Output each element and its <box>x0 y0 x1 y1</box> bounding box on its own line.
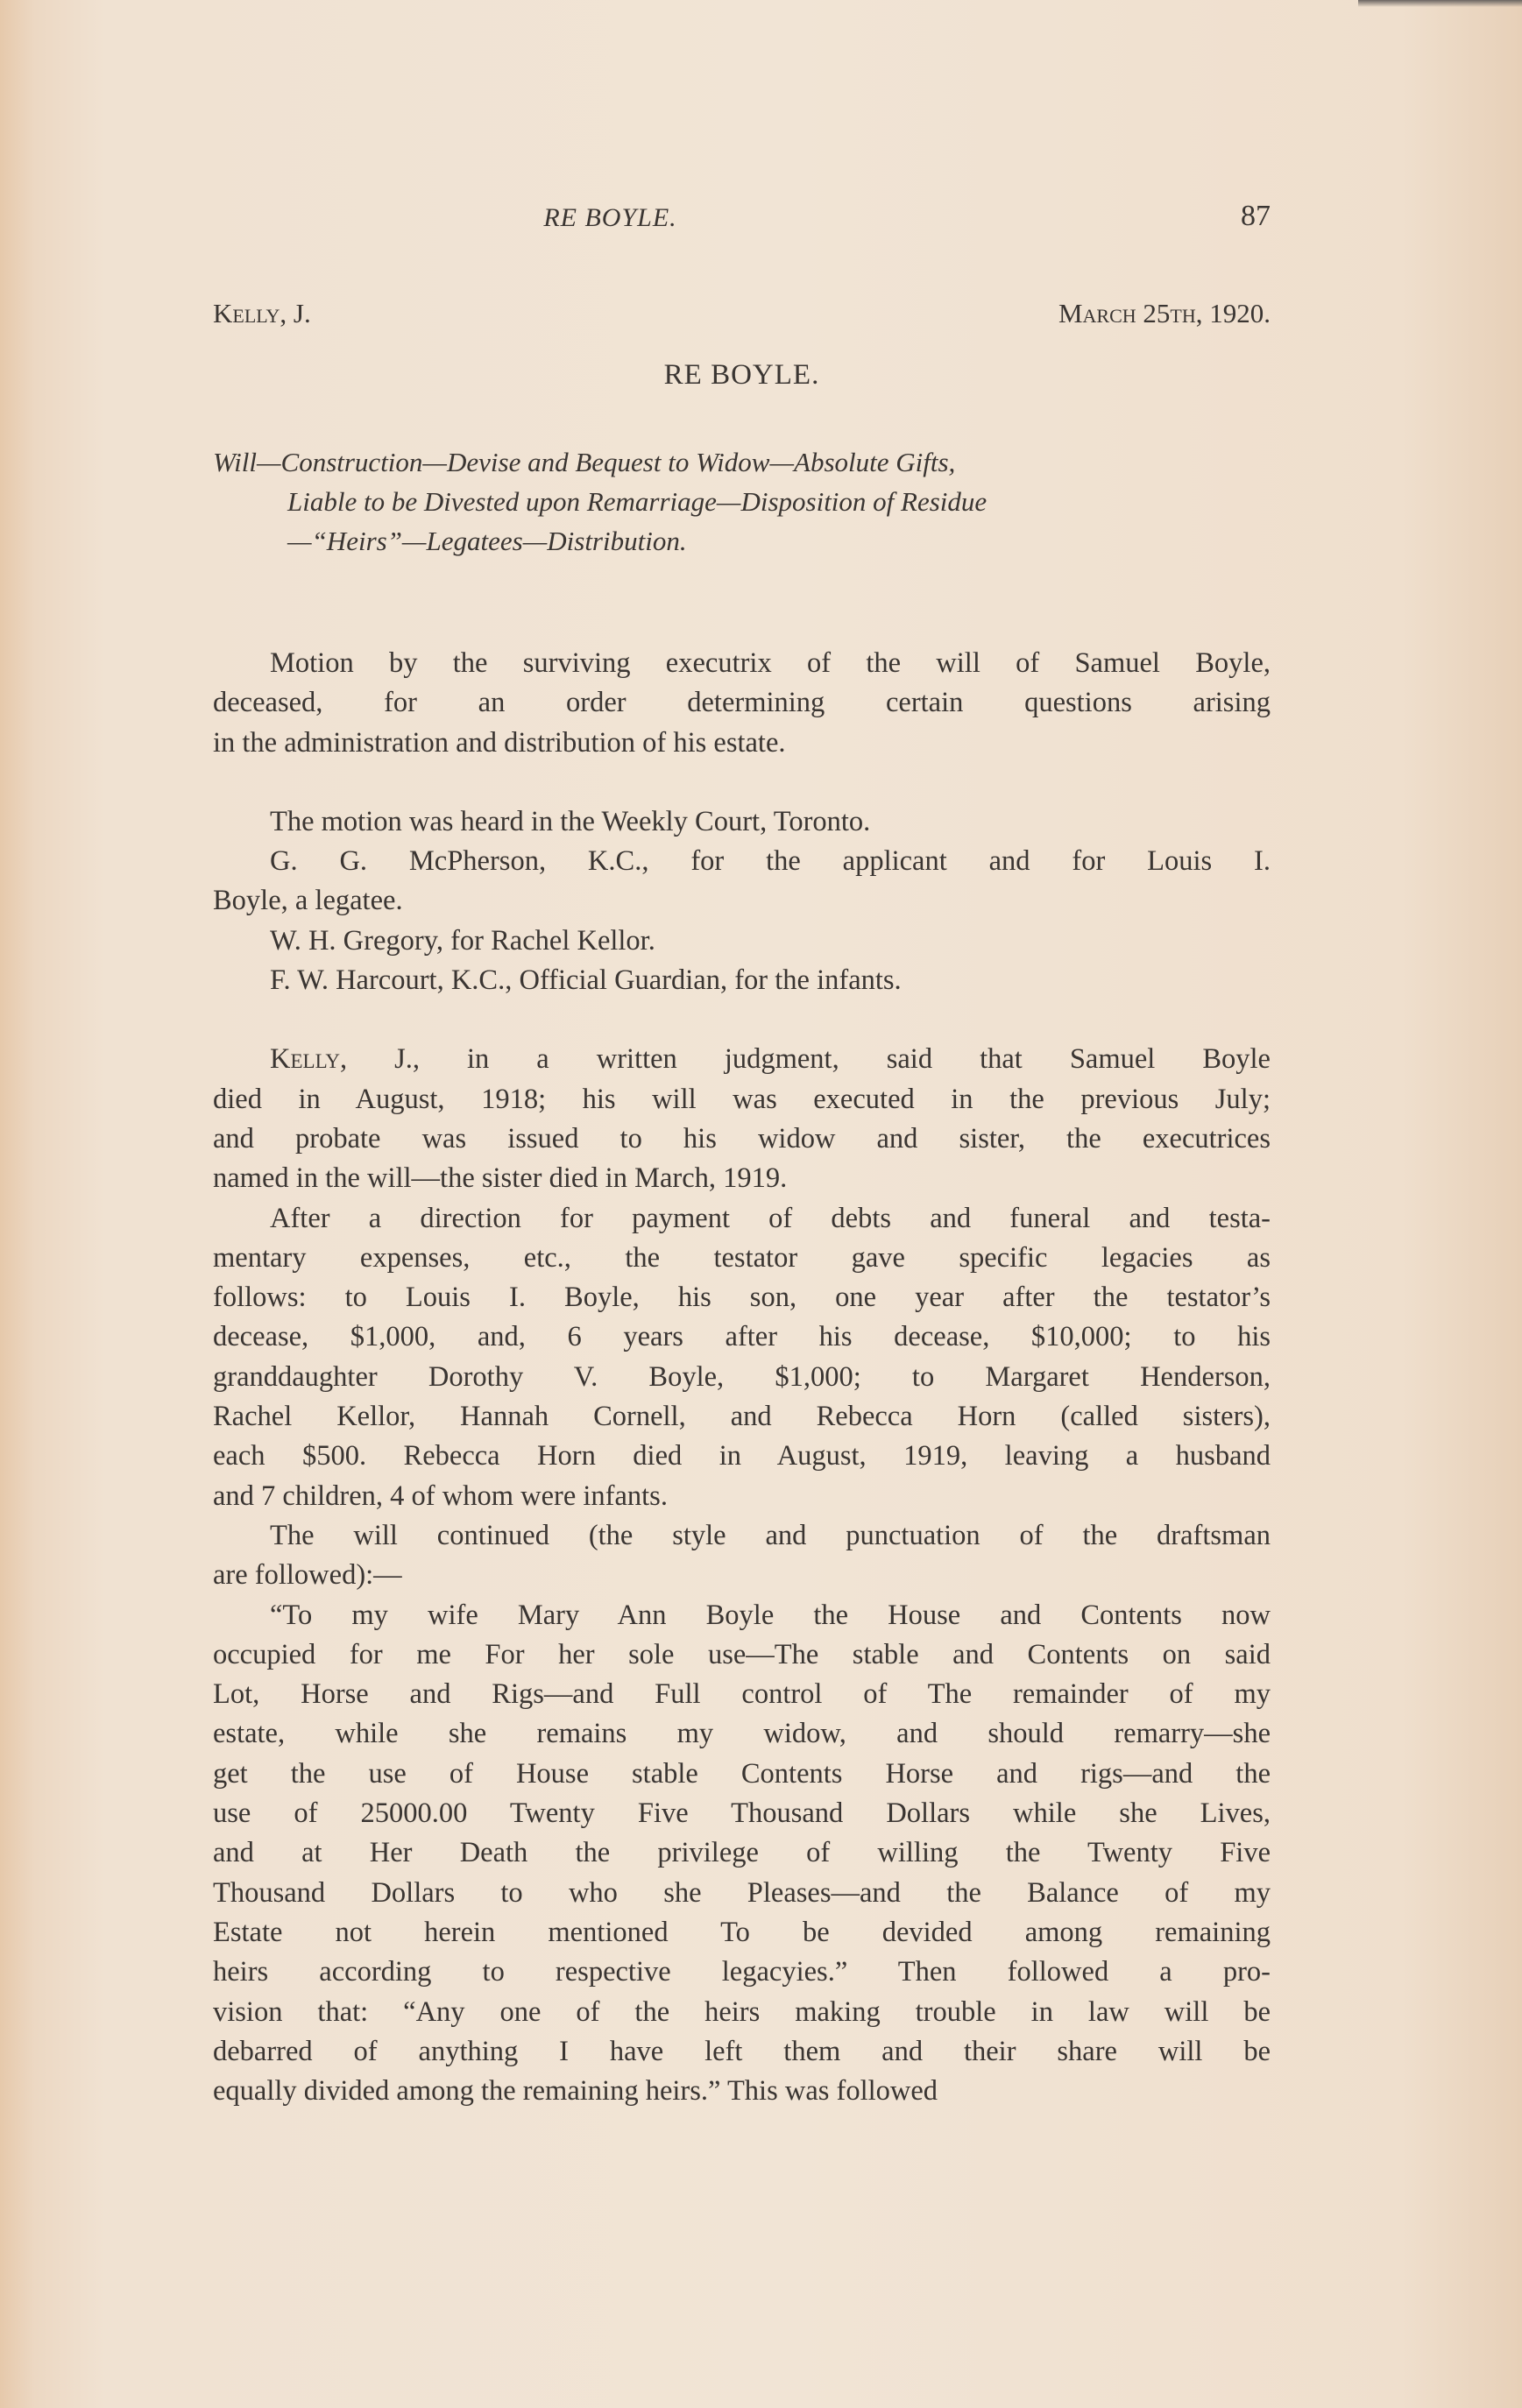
paragraph-judgment-1: Kelly, J., in a written judgment, said t… <box>213 1040 1271 1198</box>
text-line: Estate not herein mentioned To be devide… <box>213 1913 1271 1953</box>
text-line: The motion was heard in the Weekly Court… <box>213 802 1271 842</box>
text-line: decease, $1,000, and, 6 years after his … <box>213 1317 1271 1357</box>
paragraph-counsel-3: F. W. Harcourt, K.C., Official Guardian,… <box>213 961 1271 1000</box>
judge-name: Kelly, J. <box>213 298 311 329</box>
paragraph-will-quote: “To my wife Mary Ann Boyle the House and… <box>213 1596 1271 2112</box>
paragraph-motion: Motion by the surviving executrix of the… <box>213 644 1271 763</box>
body-text: Motion by the surviving executrix of the… <box>213 604 1271 2111</box>
text-line: G. G. McPherson, K.C., for the applicant… <box>213 842 1271 881</box>
text-line: follows: to Louis I. Boyle, his son, one… <box>213 1278 1271 1317</box>
text-line: heirs according to respective legacyies.… <box>213 1953 1271 1992</box>
text-line: equally divided among the remaining heir… <box>213 2072 1271 2111</box>
text-line: get the use of House stable Contents Hor… <box>213 1755 1271 1794</box>
text-line: use of 25000.00 Twenty Five Thousand Dol… <box>213 1794 1271 1833</box>
text-line: in the administration and distribution o… <box>213 724 1271 763</box>
headnote: Will—Construction—Devise and Bequest to … <box>213 442 1271 561</box>
text-line: Boyle, a legatee. <box>213 881 1271 921</box>
paragraph-counsel-2: W. H. Gregory, for Rachel Kellor. <box>213 922 1271 961</box>
text-line: W. H. Gregory, for Rachel Kellor. <box>213 922 1271 961</box>
text-line: mentary expenses, etc., the testator gav… <box>213 1239 1271 1278</box>
text-line: Lot, Horse and Rigs—and Full control of … <box>213 1675 1271 1714</box>
text-line: named in the will—the sister died in Mar… <box>213 1159 1271 1198</box>
text-line: Thousand Dollars to who she Pleases—and … <box>213 1874 1271 1913</box>
text-line: and probate was issued to his widow and … <box>213 1119 1271 1159</box>
text-line: and at Her Death the privilege of willin… <box>213 1833 1271 1873</box>
text-line: and 7 children, 4 of whom were infants. <box>213 1477 1271 1516</box>
headnote-line: Liable to be Divested upon Remarriage—Di… <box>213 482 1271 521</box>
text-line: Motion by the surviving executrix of the… <box>213 644 1271 683</box>
headnote-line: —“Heirs”—Legatees—Distribution. <box>213 521 1271 561</box>
page-number: 87 <box>1241 200 1271 233</box>
text-line: estate, while she remains my widow, and … <box>213 1714 1271 1754</box>
paragraph-judgment-3: The will continued (the style and punctu… <box>213 1516 1271 1596</box>
paragraph-counsel-1: G. G. McPherson, K.C., for the applicant… <box>213 842 1271 922</box>
text-line: deceased, for an order determining certa… <box>213 683 1271 723</box>
scan-edge-shadow <box>1358 0 1522 7</box>
text-line: debarred of anything I have left them an… <box>213 2032 1271 2072</box>
case-title: RE BOYLE. <box>213 359 1271 392</box>
running-head: RE BOYLE. 87 <box>213 200 1271 238</box>
text-line: occupied for me For her sole use—The sta… <box>213 1635 1271 1675</box>
text-line: After a direction for payment of debts a… <box>213 1199 1271 1239</box>
text-line: died in August, 1918; his will was execu… <box>213 1080 1271 1119</box>
text-line: The will continued (the style and punctu… <box>213 1516 1271 1556</box>
running-head-title: RE BOYLE. <box>81 203 1139 233</box>
paragraph-judgment-2: After a direction for payment of debts a… <box>213 1199 1271 1516</box>
text-line: vision that: “Any one of the heirs makin… <box>213 1993 1271 2032</box>
text-run: , J., in a written judgment, said that S… <box>340 1043 1271 1075</box>
case-header: Kelly, J. March 25th, 1920. <box>213 298 1271 336</box>
text-line: Kelly, J., in a written judgment, said t… <box>213 1040 1271 1079</box>
text-line: each $500. Rebecca Horn died in August, … <box>213 1437 1271 1476</box>
text-line: “To my wife Mary Ann Boyle the House and… <box>213 1596 1271 1635</box>
text-line: F. W. Harcourt, K.C., Official Guardian,… <box>213 961 1271 1000</box>
headnote-line: Will—Construction—Devise and Bequest to … <box>213 442 1271 482</box>
paragraph-heard: The motion was heard in the Weekly Court… <box>213 802 1271 842</box>
text-line: Rachel Kellor, Hannah Cornell, and Rebec… <box>213 1397 1271 1437</box>
judge-small-caps: Kelly <box>270 1043 340 1075</box>
decision-date: March 25th, 1920. <box>1058 298 1271 329</box>
text-line: are followed):— <box>213 1556 1271 1595</box>
text-line: granddaughter Dorothy V. Boyle, $1,000; … <box>213 1358 1271 1397</box>
